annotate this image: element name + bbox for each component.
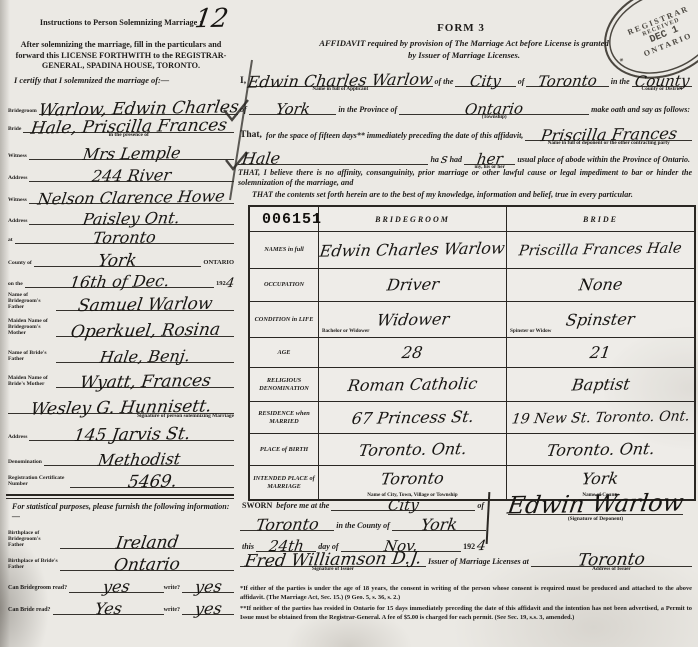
stat-bride-father-birthplace: Birthplace of Bride's Father Ontario <box>8 549 234 571</box>
field-value: Toronto <box>92 229 157 246</box>
field-label: Name of Bride's Father <box>8 350 56 363</box>
printed-of: of <box>516 77 527 87</box>
stat-bridegroom-father-birthplace: Birthplace of Bridegroom's Father Irelan… <box>8 527 234 549</box>
sworn-line-1: SWORN before me at the City of <box>240 490 486 511</box>
bride-condition: Spinster <box>565 311 636 328</box>
table-row-birthplace: PLACE of BIRTH Toronto. Ont. Toronto. On… <box>250 434 694 466</box>
body-line-3: That, for the space of fifteen days** im… <box>238 120 692 141</box>
ha-s-handwritten: s <box>440 153 449 166</box>
clause-no-impediment: THAT, I believe there is no affinity, co… <box>238 168 692 188</box>
field-label: on the <box>8 281 25 288</box>
field-bride-mother: Maiden Name of Bride's Mother Wyatt, Fra… <box>8 366 234 388</box>
printed-fifteen-days: for the space of fifteen days** immediat… <box>264 131 525 141</box>
issuer-address-label: Address of Issuer <box>531 566 692 572</box>
sworn-line-2: Toronto in the County of York <box>240 510 486 531</box>
printed-province-of: in the Province of <box>336 105 399 115</box>
issuer-line: Fred Williamson D.J. Signature of Issuer… <box>240 546 692 567</box>
field-label: Can Bride read? <box>8 607 53 615</box>
field-value: Hale, Benj. <box>99 348 191 366</box>
affidavit-title-line1: AFFIDAVIT required by provision of The M… <box>236 38 692 48</box>
form-number: FORM 3 <box>236 22 686 34</box>
body-line-4: Hale ha s had her my, his or her usual p… <box>238 144 692 165</box>
bride-age: 21 <box>589 344 612 360</box>
field-solemnizer-signature: Wesley G. Hunnisett. Signature of person… <box>8 392 234 414</box>
printed-of-2: of <box>238 105 249 115</box>
city-handwritten: City <box>469 74 502 90</box>
bride-religion: Baptist <box>570 376 630 393</box>
field-address-3: Address 145 Jarvis St. <box>8 419 234 441</box>
printed-abode: usual place of abode within the Province… <box>515 155 692 165</box>
row-label: PLACE of BIRTH <box>250 434 319 465</box>
page-number-handwritten: 12 <box>193 6 230 33</box>
printed-issuer-of-licenses: Issuer of Marriage Licenses at <box>426 557 531 567</box>
table-row-occupation: OCCUPATION Driver None <box>250 269 694 302</box>
field-label: Denomination <box>8 459 44 466</box>
row-label: CONDITION in LIFE <box>250 302 319 337</box>
stat-bridegroom-literacy: Can Bridegroom read? yes write? yes <box>8 571 234 593</box>
applicant-name-sublabel: Name in full of Applicant <box>248 86 432 92</box>
footnote-residency: **If neither of the parties has resided … <box>240 604 692 623</box>
field-label: Registration Certificate Number <box>8 475 70 488</box>
field-label: Name of Bridegroom's Father <box>8 292 56 311</box>
table-row-age: AGE 28 21 <box>250 338 694 368</box>
bridegroom-birthplace: Toronto. Ont. <box>357 441 467 459</box>
statistics-header: For statistical purposes, please furnish… <box>12 502 234 523</box>
county-name-handwritten: York <box>274 102 310 118</box>
field-value-2: yes <box>193 601 222 617</box>
deponent-surname-handwritten: Hale <box>237 151 281 168</box>
year-printed: 192 <box>214 280 226 288</box>
place-handwritten: Toronto <box>537 73 598 89</box>
table-row-residence: RESIDENCE when MARRIED 67 Princess St. 1… <box>250 402 694 434</box>
bridegroom-condition: Widower <box>375 311 449 328</box>
footnote-consent: *If either of the parties is under the a… <box>240 584 692 603</box>
field-value: Yes <box>94 601 123 617</box>
table-row-religion: RELIGIOUS DENOMINATION Roman Catholic Ba… <box>250 368 694 402</box>
bridegroom-names: Edwin Charles Warlow <box>319 240 506 259</box>
printed-had: had <box>448 155 464 165</box>
bridegroom-religion: Roman Catholic <box>347 375 479 393</box>
bridegroom-residence: 67 Princess St. <box>350 408 474 426</box>
printed-in-the: in the <box>609 77 632 87</box>
field-label: Witness <box>8 153 29 160</box>
bridegroom-column-header: BRIDEGROOM <box>375 215 450 224</box>
county-sublabel: County or District <box>632 86 692 92</box>
field-label: Birthplace of Bride's Father <box>8 558 60 571</box>
printed-ha: ha <box>428 155 440 165</box>
particulars-table: BRIDEGROOM BRIDE NAMES in full Edwin Cha… <box>248 205 696 501</box>
deponent-signature-line <box>508 514 683 515</box>
field-label: Address <box>8 434 29 441</box>
clause-true-particulars: THAT the contents set forth herein are t… <box>252 190 692 200</box>
field-label: Maiden Name of Bride's Mother <box>8 375 56 388</box>
field-denomination: Denomination Methodist <box>8 444 234 466</box>
bride-column-header: BRIDE <box>583 215 618 224</box>
bachelor-widower-sublabel: Bachelor or Widower <box>322 328 369 334</box>
field-label: Birthplace of Bridegroom's Father <box>8 530 60 549</box>
body-line-2: of York in the Province of Ontario (Town… <box>238 94 692 115</box>
bride-birthplace: Toronto. Ont. <box>545 441 655 459</box>
printed-of-the: of the <box>433 77 456 87</box>
field-witness-2: Witness Nelson Clarence Howe <box>8 182 234 204</box>
bride-residence: 19 New St. Toronto. Ont. <box>511 409 691 426</box>
table-row-condition: CONDITION in LIFE Bachelor or Widower Wi… <box>250 302 694 338</box>
certify-line: I certify that I solemnized the marriage… <box>14 76 169 85</box>
field-value: 5469. <box>126 474 177 492</box>
instructions-body: After solemnizing the marriage, fill in … <box>8 40 234 72</box>
printed-oath: make oath and say as follows: <box>589 105 692 115</box>
field-value: Samuel Warlow <box>77 296 214 315</box>
body-line-1: I, Edwin Charles Warlow Name in full of … <box>238 66 692 87</box>
field-value: Wyatt, Frances <box>78 373 211 392</box>
field-label: at <box>8 237 15 244</box>
affidavit-title-line2: by Issuer of Marriage Licenses. <box>236 50 692 60</box>
field-label: Can Bridegroom read? <box>8 585 69 593</box>
printed-in-county-of: in the County of <box>334 521 392 531</box>
field-label: Bride <box>8 126 23 133</box>
bridegroom-age: 28 <box>401 344 424 360</box>
issuer-signature-label: Signature of Issuer <box>240 566 426 572</box>
license-serial-number: 006151 <box>262 211 322 228</box>
field-bridegroom-father: Name of Bridegroom's Father Samuel Warlo… <box>8 289 234 311</box>
bride-names: Priscilla Frances Hale <box>518 241 683 258</box>
field-address-1: Address 244 River <box>8 160 234 182</box>
field-date: on the 16th of Dec. 192 4 <box>8 266 234 288</box>
row-label: OCCUPATION <box>250 269 319 301</box>
row-label: AGE <box>250 338 319 367</box>
field-bride: Bride Hale, Priscilla Frances in the pre… <box>8 111 234 133</box>
table-row-names: NAMES in full Edwin Charles Warlow Prisc… <box>250 232 694 269</box>
field-label-2: write? <box>164 585 182 593</box>
field-county: County of York ONTARIO <box>8 245 234 267</box>
field-bridegroom-mother: Maiden Name of Bridegroom's Mother Operk… <box>8 315 234 337</box>
row-label: NAMES in full <box>250 232 319 268</box>
spinster-widow-sublabel: Spinster or Widow <box>510 328 551 334</box>
bride-occupation: None <box>578 277 624 294</box>
field-registration-number: Registration Certificate Number 5469. <box>8 466 234 488</box>
row-label: RELIGIOUS DENOMINATION <box>250 368 319 401</box>
stat-bride-literacy: Can Bride read? Yes write? yes <box>8 593 234 615</box>
printed-that: That, <box>238 130 264 141</box>
row-label: RESIDENCE when MARRIED <box>250 402 319 433</box>
field-bride-father: Name of Bride's Father Hale, Benj. <box>8 341 234 363</box>
intended-place-bride: York <box>581 470 620 487</box>
deponent-signature-label: (Signature of Deponent) <box>508 516 683 522</box>
section-divider <box>6 494 234 499</box>
field-witness-1: Witness Mrs Lemple <box>8 138 234 160</box>
field-value: Operkuel, Rosina <box>69 322 221 342</box>
bridegroom-occupation: Driver <box>385 277 439 294</box>
field-label: Address <box>8 175 29 182</box>
field-at: at Toronto <box>8 222 234 244</box>
field-label-2: write? <box>164 607 182 615</box>
intended-place-bridegroom: Toronto <box>380 470 445 487</box>
marriage-affidavit-scan: Instructions to Person Solemnizing Marri… <box>0 0 698 647</box>
field-value: 145 Jarvis St. <box>72 426 191 445</box>
field-label: Maiden Name of Bridegroom's Mother <box>8 318 56 337</box>
